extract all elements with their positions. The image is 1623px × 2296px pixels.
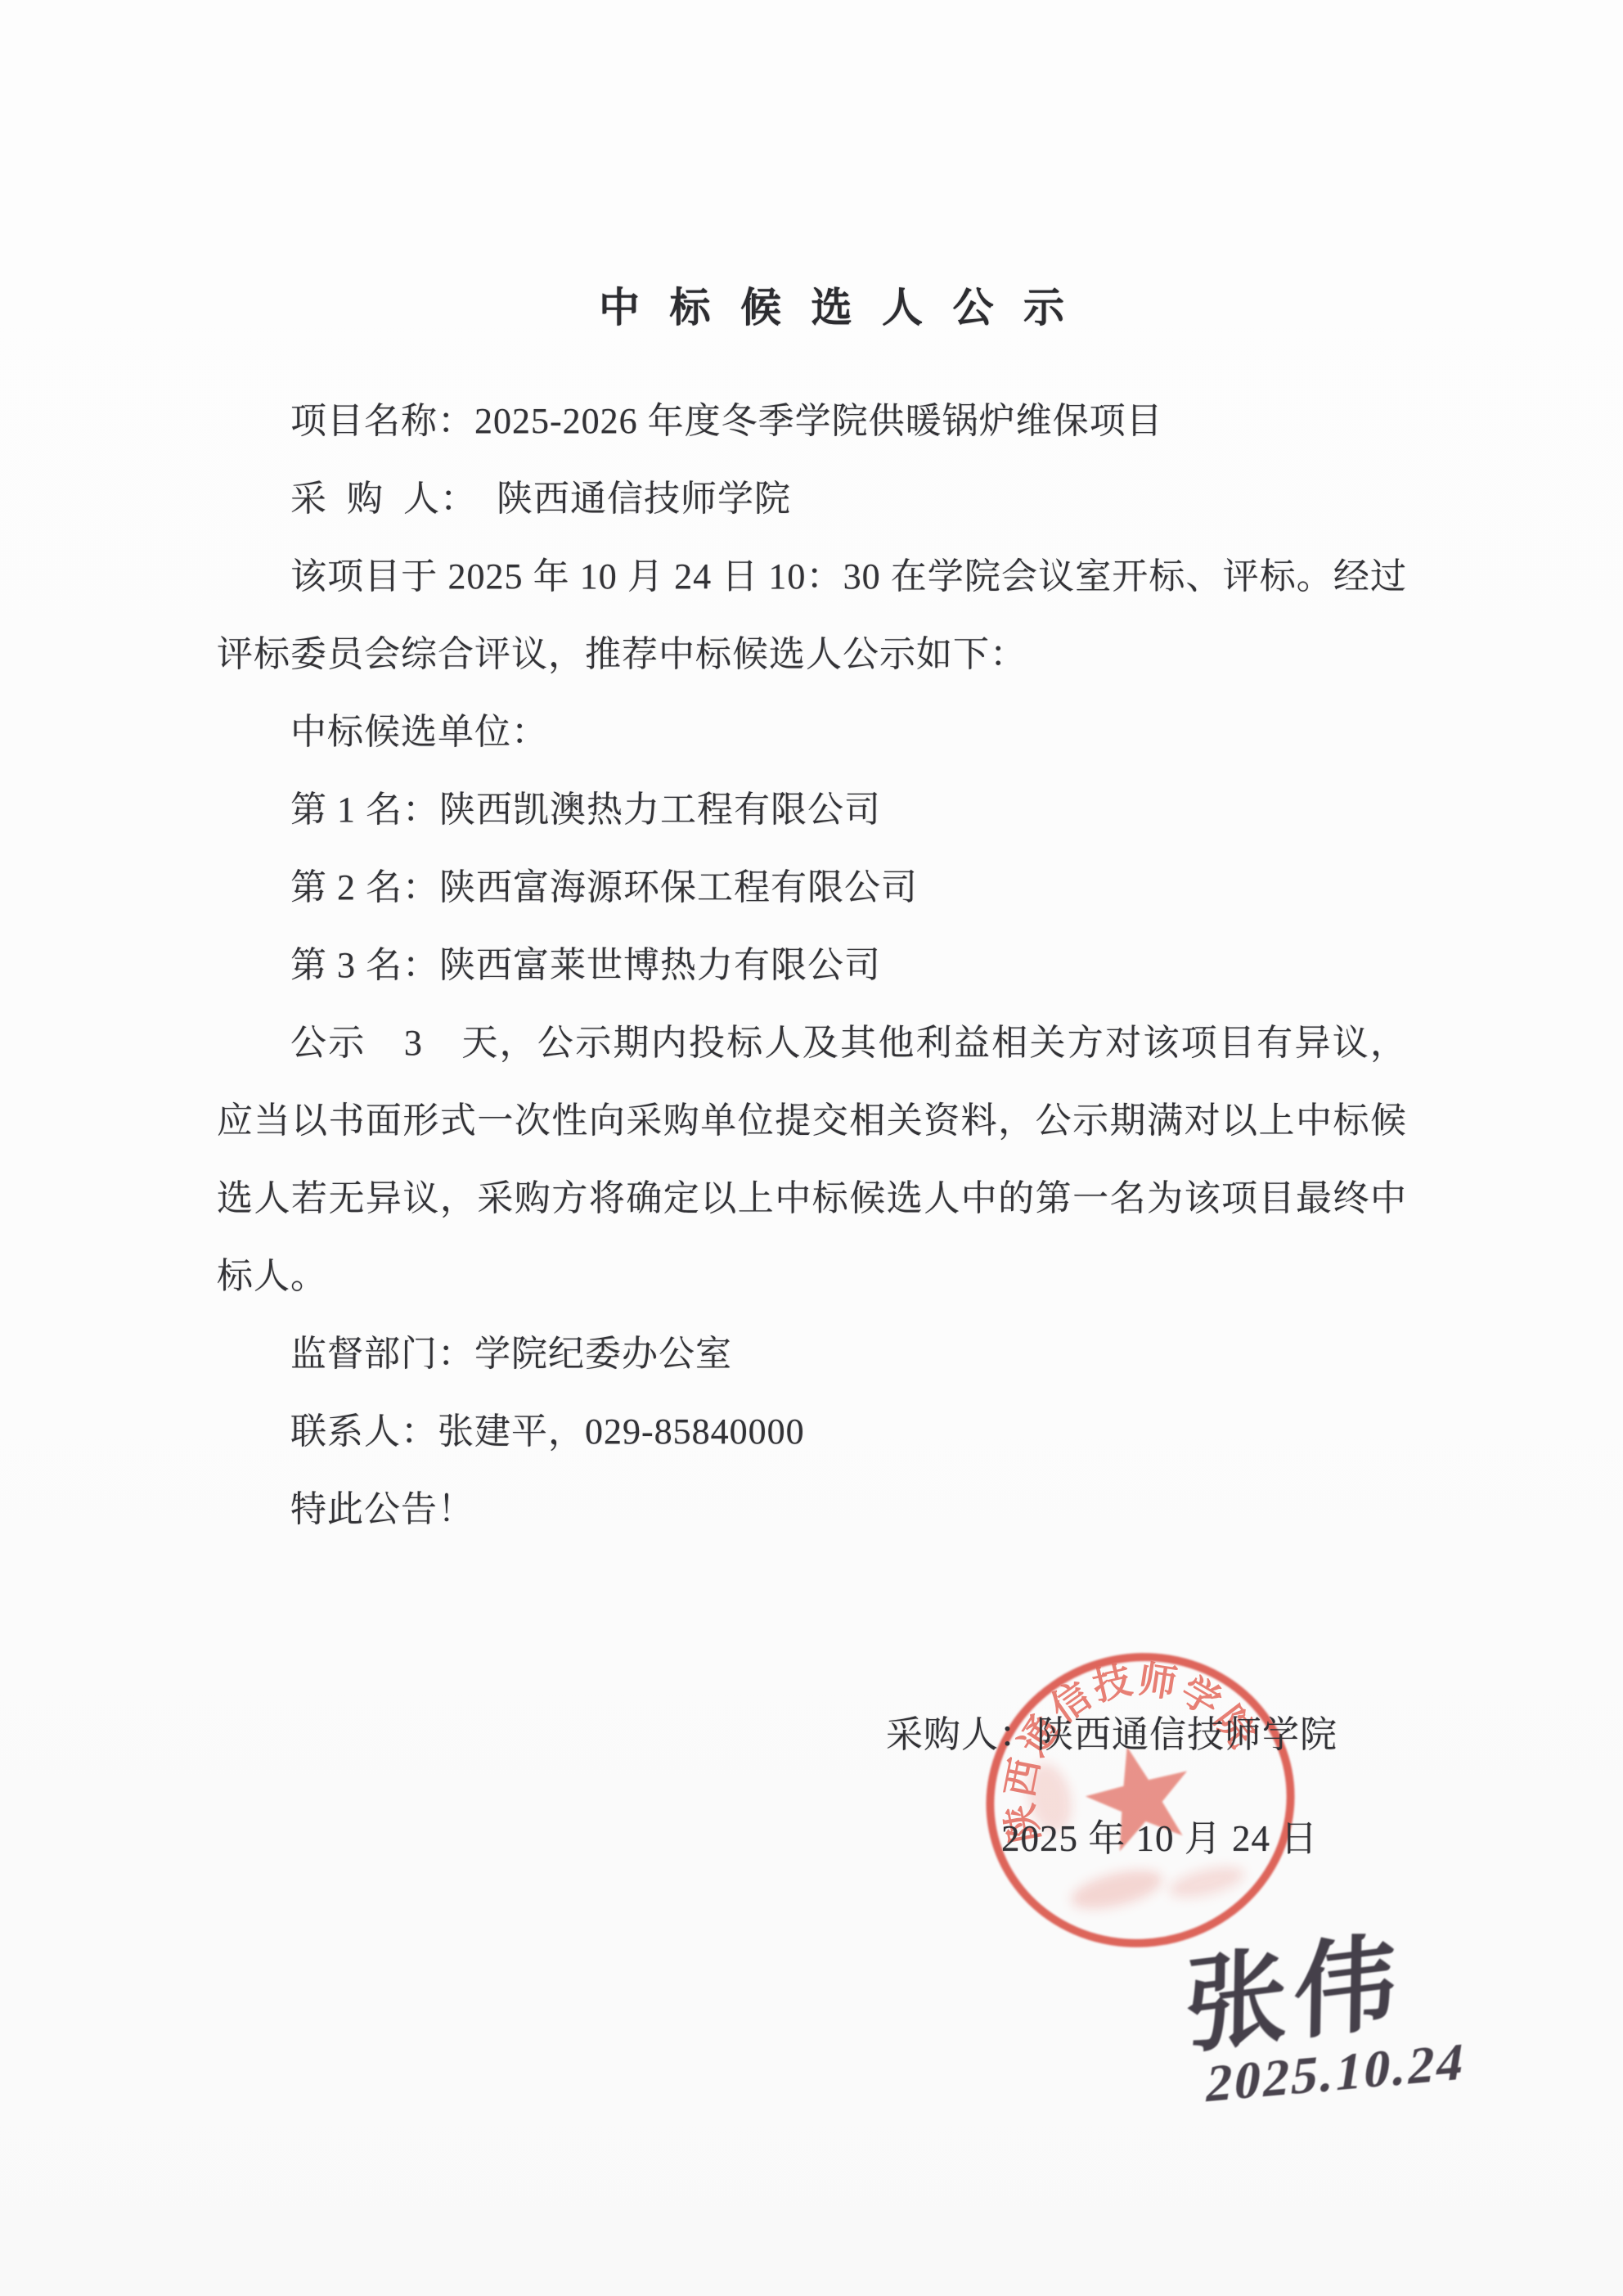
paragraph: 第 1 名：陕西凯澳热力工程有限公司 bbox=[217, 771, 1407, 849]
official-stamp: 陕西通信技师学院 bbox=[978, 1638, 1302, 1962]
paragraph: 项目名称：2025-2026 年度冬季学院供暖锅炉维保项目 bbox=[217, 382, 1407, 460]
stamp-smudge bbox=[1068, 1862, 1167, 1916]
paragraph: 联系人：张建平，029-85840000 bbox=[217, 1393, 1407, 1470]
paragraph: 公示 3 天，公示期内投标人及其他利益相关方对该项目有异议，应当以书面形式一次性… bbox=[217, 1004, 1407, 1315]
signoff-date-line: 2025 年 10 月 24 日 bbox=[1001, 1808, 1318, 1862]
signoff-buyer-line: 采购人：陕西通信技师学院 bbox=[886, 1704, 1338, 1758]
document-body: 项目名称：2025-2026 年度冬季学院供暖锅炉维保项目采 购 人： 陕西通信… bbox=[217, 382, 1407, 1548]
paragraph: 第 3 名：陕西富莱世博热力有限公司 bbox=[217, 926, 1407, 1004]
stamp-graphic: 陕西通信技师学院 bbox=[978, 1638, 1302, 1962]
paragraph: 第 2 名：陕西富海源环保工程有限公司 bbox=[217, 849, 1407, 926]
paragraph: 特此公告！ bbox=[217, 1470, 1407, 1548]
paragraph: 中标候选单位： bbox=[217, 693, 1407, 771]
paragraph: 监督部门：学院纪委办公室 bbox=[217, 1315, 1407, 1393]
paragraph: 该项目于 2025 年 10 月 24 日 10：30 在学院会议室开标、评标。… bbox=[217, 538, 1407, 693]
page-title: 中 标 候 选 人 公 示 bbox=[241, 275, 1432, 334]
stamp-smudge bbox=[1166, 1860, 1248, 1904]
document-page: 中 标 候 选 人 公 示 项目名称：2025-2026 年度冬季学院供暖锅炉维… bbox=[0, 0, 1623, 2296]
paragraph: 采 购 人： 陕西通信技师学院 bbox=[217, 460, 1407, 538]
